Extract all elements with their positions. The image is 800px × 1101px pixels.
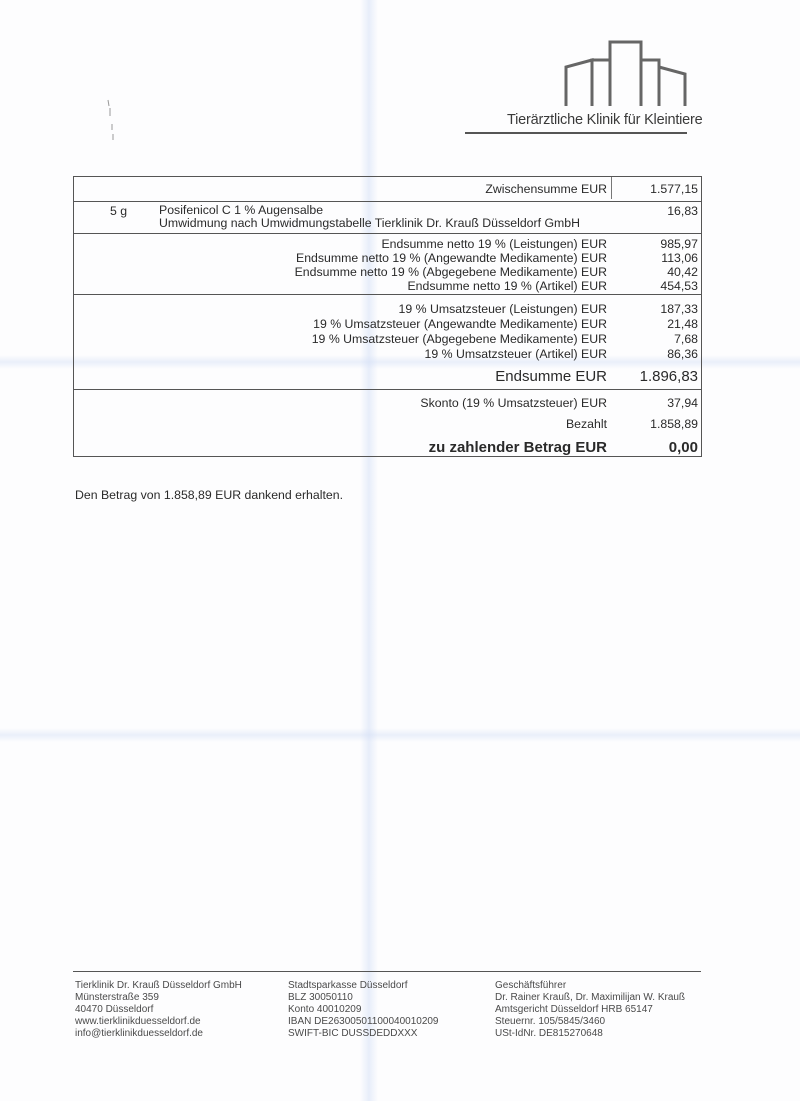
vat-label: 19 % Umsatzsteuer (Leistungen) EUR xyxy=(399,302,607,317)
managing-directors: Dr. Rainer Krauß, Dr. Maximilijan W. Kra… xyxy=(495,992,685,1004)
logo-underline xyxy=(465,132,687,134)
vat-value: 86,36 xyxy=(667,347,698,362)
subtotal-value: 1.577,15 xyxy=(650,182,698,197)
row-divider xyxy=(74,294,701,295)
company-website: www.tierklinikduesseldorf.de xyxy=(75,1016,242,1028)
bank-blz: BLZ 30050110 xyxy=(288,992,439,1004)
company-street: Münsterstraße 359 xyxy=(75,992,242,1004)
paid-label: Bezahlt xyxy=(566,417,607,432)
net-total-label: Endsumme netto 19 % (Artikel) EUR xyxy=(407,279,607,294)
footer-divider xyxy=(73,971,701,972)
tax-number: Steuernr. 105/5845/3460 xyxy=(495,1016,685,1028)
row-divider xyxy=(74,233,701,234)
net-total-value: 454,53 xyxy=(660,279,698,294)
net-total-label: Endsumme netto 19 % (Angewandte Medikame… xyxy=(296,251,607,266)
grand-total-value: 1.896,83 xyxy=(640,370,698,385)
vat-label: 19 % Umsatzsteuer (Abgegebene Medikament… xyxy=(312,332,607,347)
clinic-name: Tierärztliche Klinik für Kleintiere xyxy=(507,112,703,128)
grand-total-label: Endsumme EUR xyxy=(495,370,607,385)
vat-id: USt-IdNr. DE815270648 xyxy=(495,1028,685,1040)
discount-label: Skonto (19 % Umsatzsteuer) EUR xyxy=(420,396,607,411)
vat-value: 7,68 xyxy=(674,332,698,347)
net-total-label: Endsumme netto 19 % (Leistungen) EUR xyxy=(381,237,607,252)
vat-value: 21,48 xyxy=(667,317,698,332)
net-total-value: 40,42 xyxy=(667,265,698,280)
management-heading: Geschäftsführer xyxy=(495,980,685,992)
item-note: Umwidmung nach Umwidmungstabelle Tierkli… xyxy=(159,217,580,230)
net-total-value: 113,06 xyxy=(661,251,698,266)
receipt-note: Den Betrag von 1.858,89 EUR dankend erha… xyxy=(75,488,343,502)
subtotal-label: Zwischensumme EUR xyxy=(485,182,607,197)
column-separator xyxy=(611,177,612,199)
company-city: 40470 Düsseldorf xyxy=(75,1004,242,1016)
amount-due-value: 0,00 xyxy=(669,441,698,456)
amount-due-label: zu zahlender Betrag EUR xyxy=(429,441,607,456)
pen-mark xyxy=(105,98,117,148)
clinic-logo: Tierärztliche Klinik für Kleintiere xyxy=(465,38,705,138)
discount-value: 37,94 xyxy=(667,396,698,411)
bank-iban: IBAN DE26300501100040010209 xyxy=(288,1016,439,1028)
row-divider xyxy=(74,201,701,202)
court-registration: Amtsgericht Düsseldorf HRB 65147 xyxy=(495,1004,685,1016)
net-total-label: Endsumme netto 19 % (Abgegebene Medikame… xyxy=(295,265,607,280)
footer-company: Tierklinik Dr. Krauß Düsseldorf GmbH Mün… xyxy=(75,980,242,1040)
item-name: Posifenicol C 1 % Augensalbe xyxy=(159,204,323,217)
paper-fold xyxy=(0,728,800,742)
item-quantity: 5 g xyxy=(110,204,127,218)
bank-name: Stadtsparkasse Düsseldorf xyxy=(288,980,439,992)
invoice-totals-table: Zwischensumme EUR 1.577,15 5 g Posifenic… xyxy=(73,176,702,457)
footer-management: Geschäftsführer Dr. Rainer Krauß, Dr. Ma… xyxy=(495,980,685,1040)
bank-account: Konto 40010209 xyxy=(288,1004,439,1016)
paid-value: 1.858,89 xyxy=(650,417,698,432)
paper-fold xyxy=(360,0,378,1101)
row-divider xyxy=(74,389,701,390)
company-name: Tierklinik Dr. Krauß Düsseldorf GmbH xyxy=(75,980,242,992)
net-total-value: 985,97 xyxy=(660,237,698,252)
footer-bank: Stadtsparkasse Düsseldorf BLZ 30050110 K… xyxy=(288,980,439,1040)
vat-label: 19 % Umsatzsteuer (Angewandte Medikament… xyxy=(313,317,607,332)
company-email: info@tierklinikduesseldorf.de xyxy=(75,1028,242,1040)
bank-bic: SWIFT-BIC DUSSDEDDXXX xyxy=(288,1028,439,1040)
item-value: 16,83 xyxy=(667,204,698,219)
vat-label: 19 % Umsatzsteuer (Artikel) EUR xyxy=(425,347,607,362)
vat-value: 187,33 xyxy=(660,302,698,317)
building-skyline-icon xyxy=(465,38,705,118)
